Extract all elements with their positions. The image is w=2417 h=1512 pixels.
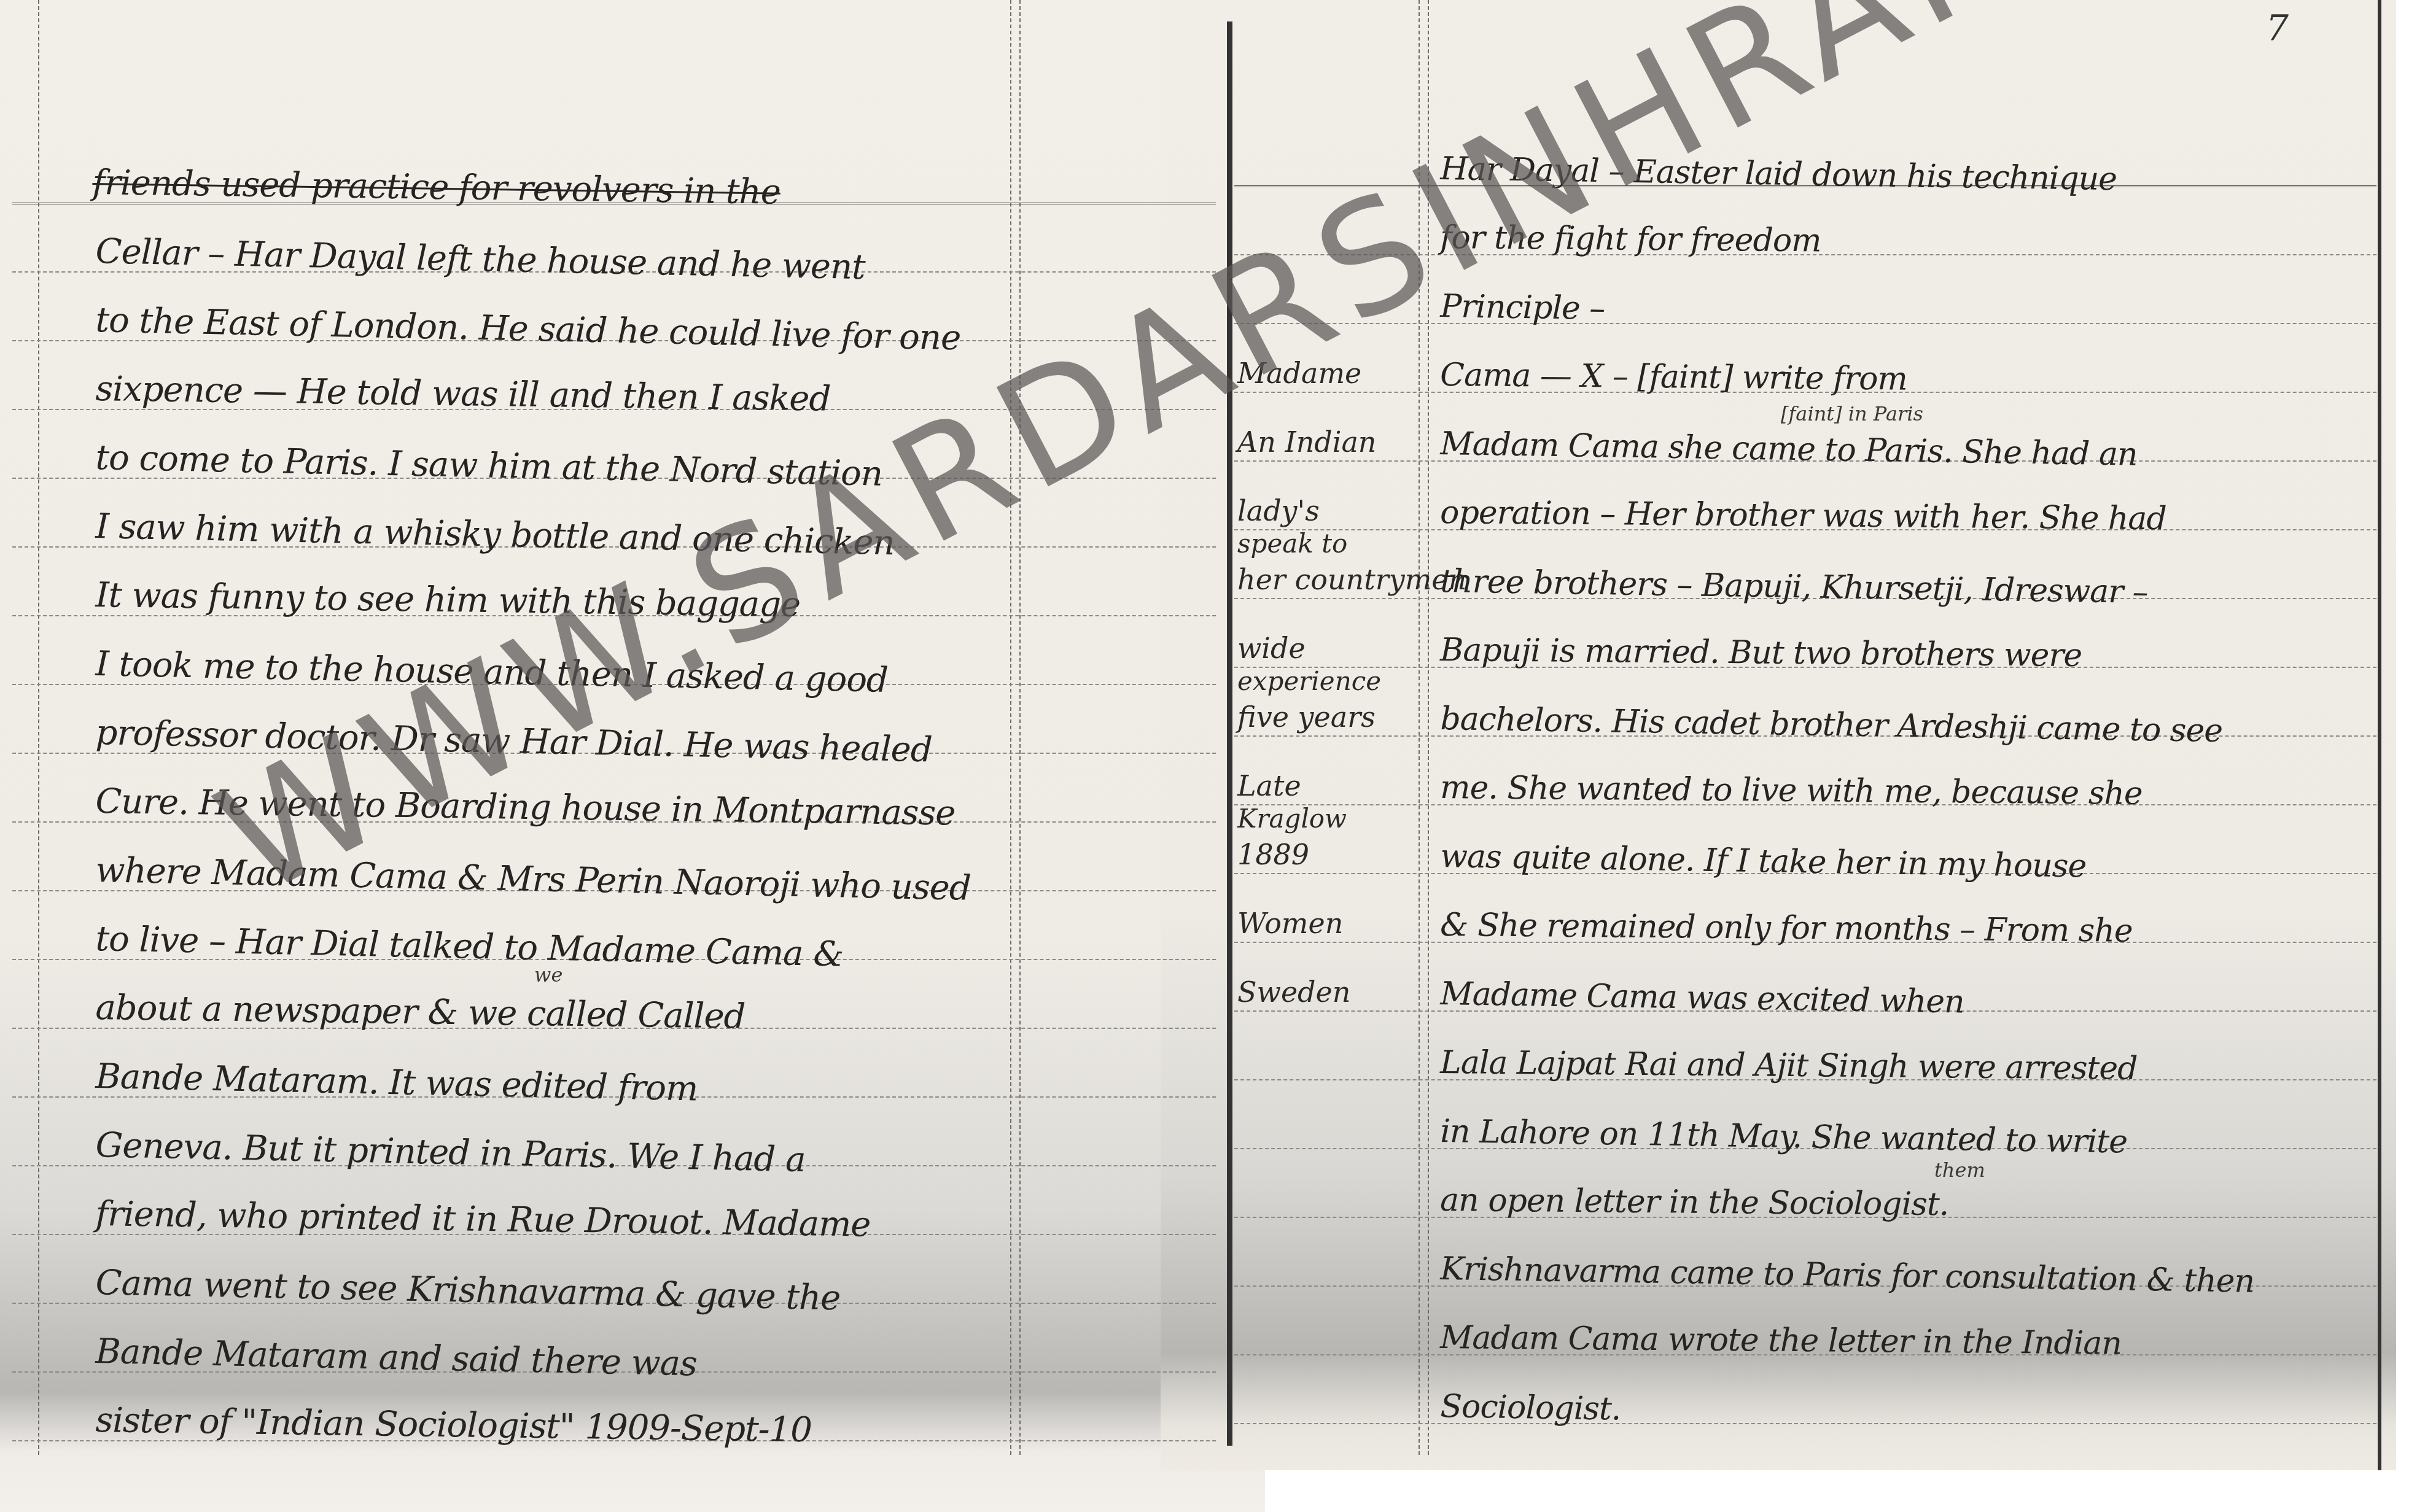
handwritten-line: Bapuji is married. But two brothers were bbox=[1440, 632, 2082, 674]
handwritten-line: Cama — X – [faint] write from bbox=[1440, 357, 1907, 398]
gloss-note: her countrymen bbox=[1237, 563, 1466, 596]
ruled-line bbox=[1234, 1423, 2376, 1424]
gloss-note: Kraglow bbox=[1237, 804, 1347, 834]
gloss-note: Late bbox=[1237, 769, 1301, 802]
handwritten-line: an open letter in the Sociologist. bbox=[1440, 1182, 1949, 1223]
handwritten-line: Lala Lajpat Rai and Ajit Singh were arre… bbox=[1440, 1044, 2138, 1087]
interlinear-insertion: we bbox=[534, 963, 562, 987]
gloss-note: 1889 bbox=[1237, 838, 1309, 871]
gloss-note: five years bbox=[1237, 700, 1376, 734]
gloss-note: Women bbox=[1237, 907, 1343, 940]
notebook-scan: 7 friends used practice for revolvers in… bbox=[0, 0, 2417, 1512]
gloss-note: wide bbox=[1237, 632, 1306, 665]
handwritten-line: operation – Her brother was with her. Sh… bbox=[1440, 494, 2166, 537]
right-page-edge bbox=[2378, 0, 2381, 1470]
page-number: 7 bbox=[2266, 7, 2289, 49]
left-margin-rule bbox=[38, 0, 39, 1455]
handwritten-line: Sociologist. bbox=[1440, 1388, 1621, 1428]
gloss-note: An Indian bbox=[1237, 425, 1376, 459]
interlinear-insertion: them bbox=[1934, 1158, 1985, 1182]
left-page-margin-rule-2 bbox=[1019, 0, 1021, 1455]
interlinear-insertion: [faint] in Paris bbox=[1781, 402, 1923, 425]
handwritten-line: & She remained only for months – From sh… bbox=[1440, 907, 2133, 950]
handwritten-line: Madam Cama wrote the letter in the India… bbox=[1440, 1319, 2122, 1362]
gloss-note: lady's bbox=[1237, 494, 1320, 527]
handwritten-line: me. She wanted to live with me, because … bbox=[1440, 769, 2143, 812]
gloss-note: experience bbox=[1237, 666, 1381, 696]
scan-blank-area bbox=[1265, 1470, 2417, 1512]
gloss-note: Sweden bbox=[1237, 975, 1350, 1009]
left-page-margin-rule-1 bbox=[1010, 0, 1011, 1455]
gloss-note: speak to bbox=[1237, 529, 1347, 559]
